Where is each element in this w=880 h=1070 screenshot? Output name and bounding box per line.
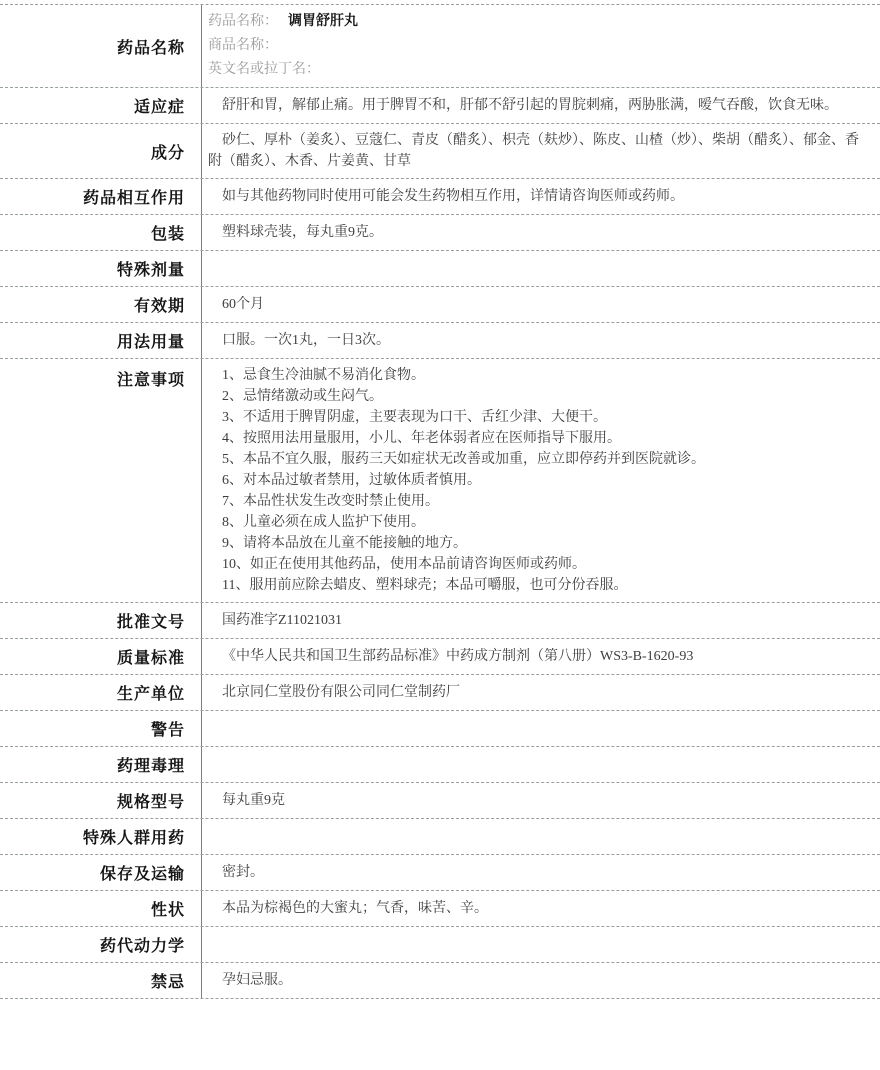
row-header-label: 药代动力学	[0, 927, 201, 962]
table-row: 质量标准《中华人民共和国卫生部药品标准》中药成方制剂（第八册）WS3-B-162…	[0, 638, 880, 674]
row-content-cell: 1、忌食生冷油腻不易消化食物。2、忌情绪激动或生闷气。3、不适用于脾胃阴虚，主要…	[201, 359, 880, 602]
row-value-text: 《中华人民共和国卫生部药品标准》中药成方制剂（第八册）WS3-B-1620-93	[208, 646, 866, 667]
note-line: 11、服用前应除去蜡皮、塑料球壳；本品可嚼服，也可分份吞服。	[208, 575, 866, 596]
note-line: 4、按照用法用量服用，小儿、年老体弱者应在医师指导下服用。	[208, 428, 866, 449]
row-value-text: 60个月	[208, 294, 866, 315]
table-row: 保存及运输密封。	[0, 854, 880, 890]
name-field-label: 药品名称：	[208, 14, 278, 29]
row-header-label: 警告	[0, 711, 201, 746]
row-content-cell: 国药准字Z11021031	[201, 603, 880, 638]
row-value-text: 国药准字Z11021031	[208, 610, 866, 631]
row-value-text: 砂仁、厚朴（姜炙）、豆蔻仁、青皮（醋炙）、枳壳（麸炒）、陈皮、山楂（炒）、柴胡（…	[208, 130, 866, 172]
table-row: 特殊剂量	[0, 250, 880, 286]
row-header-label: 适应症	[0, 88, 201, 123]
row-value-text	[208, 754, 866, 775]
note-line: 1、忌食生冷油腻不易消化食物。	[208, 365, 866, 386]
row-content-cell	[201, 927, 880, 962]
row-header-label: 规格型号	[0, 783, 201, 818]
table-row: 用法用量口服。一次1丸，一日3次。	[0, 322, 880, 358]
row-header-label: 质量标准	[0, 639, 201, 674]
row-content-cell: 砂仁、厚朴（姜炙）、豆蔻仁、青皮（醋炙）、枳壳（麸炒）、陈皮、山楂（炒）、柴胡（…	[201, 124, 880, 178]
table-row: 适应症舒肝和胃，解郁止痛。用于脾胃不和，肝郁不舒引起的胃脘刺痛，两胁胀满，嗳气吞…	[0, 87, 880, 123]
row-value-text: 口服。一次1丸，一日3次。	[208, 330, 866, 351]
row-content-cell: 塑料球壳装，每丸重9克。	[201, 215, 880, 250]
row-header-label: 批准文号	[0, 603, 201, 638]
table-row: 特殊人群用药	[0, 818, 880, 854]
row-header-label: 注意事项	[0, 359, 201, 602]
row-content-cell	[201, 711, 880, 746]
row-header-label: 包装	[0, 215, 201, 250]
row-value-text: 北京同仁堂股份有限公司同仁堂制药厂	[208, 682, 866, 703]
note-line: 2、忌情绪激动或生闷气。	[208, 386, 866, 407]
table-row: 警告	[0, 710, 880, 746]
table-row: 有效期60个月	[0, 286, 880, 322]
row-value-text: 如与其他药物同时使用可能会发生药物相互作用，详情请咨询医师或药师。	[208, 186, 866, 207]
note-line: 5、本品不宜久服，服药三天如症状无改善或加重，应立即停药并到医院就诊。	[208, 449, 866, 470]
table-row: 药理毒理	[0, 746, 880, 782]
table-row: 成分砂仁、厚朴（姜炙）、豆蔻仁、青皮（醋炙）、枳壳（麸炒）、陈皮、山楂（炒）、柴…	[0, 123, 880, 178]
table-row: 规格型号每丸重9克	[0, 782, 880, 818]
row-content-cell: 口服。一次1丸，一日3次。	[201, 323, 880, 358]
table-row: 注意事项1、忌食生冷油腻不易消化食物。2、忌情绪激动或生闷气。3、不适用于脾胃阴…	[0, 358, 880, 602]
table-row: 性状本品为棕褐色的大蜜丸；气香，味苦、辛。	[0, 890, 880, 926]
row-value-text: 孕妇忌服。	[208, 970, 866, 991]
row-value-text: 塑料球壳装，每丸重9克。	[208, 222, 866, 243]
name-field-line: 英文名或拉丁名：	[208, 58, 866, 82]
row-header-label: 用法用量	[0, 323, 201, 358]
row-header-label: 药品名称	[0, 5, 201, 87]
row-content-cell: 本品为棕褐色的大蜜丸；气香，味苦、辛。	[201, 891, 880, 926]
row-value-text: 本品为棕褐色的大蜜丸；气香，味苦、辛。	[208, 898, 866, 919]
note-line: 10、如正在使用其他药品，使用本品前请咨询医师或药师。	[208, 554, 866, 575]
row-header-label: 特殊人群用药	[0, 819, 201, 854]
name-field-line: 商品名称：	[208, 34, 866, 58]
row-content-cell: 《中华人民共和国卫生部药品标准》中药成方制剂（第八册）WS3-B-1620-93	[201, 639, 880, 674]
row-header-label: 生产单位	[0, 675, 201, 710]
row-value-text: 每丸重9克	[208, 790, 866, 811]
note-line: 8、儿童必须在成人监护下使用。	[208, 512, 866, 533]
row-content-cell: 孕妇忌服。	[201, 963, 880, 998]
table-row: 药品相互作用如与其他药物同时使用可能会发生药物相互作用，详情请咨询医师或药师。	[0, 178, 880, 214]
row-value-text	[208, 934, 866, 955]
row-value-text	[208, 258, 866, 279]
note-line: 7、本品性状发生改变时禁止使用。	[208, 491, 866, 512]
name-field-value: 调胃舒肝丸	[288, 14, 358, 29]
row-header-label: 特殊剂量	[0, 251, 201, 286]
row-header-label: 有效期	[0, 287, 201, 322]
row-header-label: 成分	[0, 124, 201, 178]
table-row: 生产单位北京同仁堂股份有限公司同仁堂制药厂	[0, 674, 880, 710]
row-value-text	[208, 826, 866, 847]
row-content-cell	[201, 251, 880, 286]
table-row: 批准文号国药准字Z11021031	[0, 602, 880, 638]
row-content-cell: 舒肝和胃，解郁止痛。用于脾胃不和，肝郁不舒引起的胃脘刺痛，两胁胀满，嗳气吞酸，饮…	[201, 88, 880, 123]
name-field-label: 商品名称：	[208, 38, 278, 53]
row-content-cell: 密封。	[201, 855, 880, 890]
row-value-text: 密封。	[208, 862, 866, 883]
name-field-line: 药品名称：调胃舒肝丸	[208, 10, 866, 34]
row-header-label: 保存及运输	[0, 855, 201, 890]
row-header-label: 性状	[0, 891, 201, 926]
row-value-text: 舒肝和胃，解郁止痛。用于脾胃不和，肝郁不舒引起的胃脘刺痛，两胁胀满，嗳气吞酸，饮…	[208, 95, 866, 116]
drug-info-table: 药品名称药品名称：调胃舒肝丸商品名称：英文名或拉丁名：适应症舒肝和胃，解郁止痛。…	[0, 4, 880, 999]
row-header-label: 药品相互作用	[0, 179, 201, 214]
table-row: 包装塑料球壳装，每丸重9克。	[0, 214, 880, 250]
row-content-cell: 北京同仁堂股份有限公司同仁堂制药厂	[201, 675, 880, 710]
row-content-cell: 如与其他药物同时使用可能会发生药物相互作用，详情请咨询医师或药师。	[201, 179, 880, 214]
row-value-text	[208, 718, 866, 739]
note-line: 3、不适用于脾胃阴虚，主要表现为口干、舌红少津、大便干。	[208, 407, 866, 428]
table-row: 禁忌孕妇忌服。	[0, 962, 880, 999]
row-content-cell: 60个月	[201, 287, 880, 322]
name-field-label: 英文名或拉丁名：	[208, 62, 320, 77]
table-row: 药品名称药品名称：调胃舒肝丸商品名称：英文名或拉丁名：	[0, 4, 880, 87]
row-content-cell	[201, 819, 880, 854]
note-line: 6、对本品过敏者禁用，过敏体质者慎用。	[208, 470, 866, 491]
row-content-cell	[201, 747, 880, 782]
row-content-cell: 每丸重9克	[201, 783, 880, 818]
row-header-label: 禁忌	[0, 963, 201, 998]
row-content-cell: 药品名称：调胃舒肝丸商品名称：英文名或拉丁名：	[201, 5, 880, 87]
row-header-label: 药理毒理	[0, 747, 201, 782]
note-line: 9、请将本品放在儿童不能接触的地方。	[208, 533, 866, 554]
table-row: 药代动力学	[0, 926, 880, 962]
